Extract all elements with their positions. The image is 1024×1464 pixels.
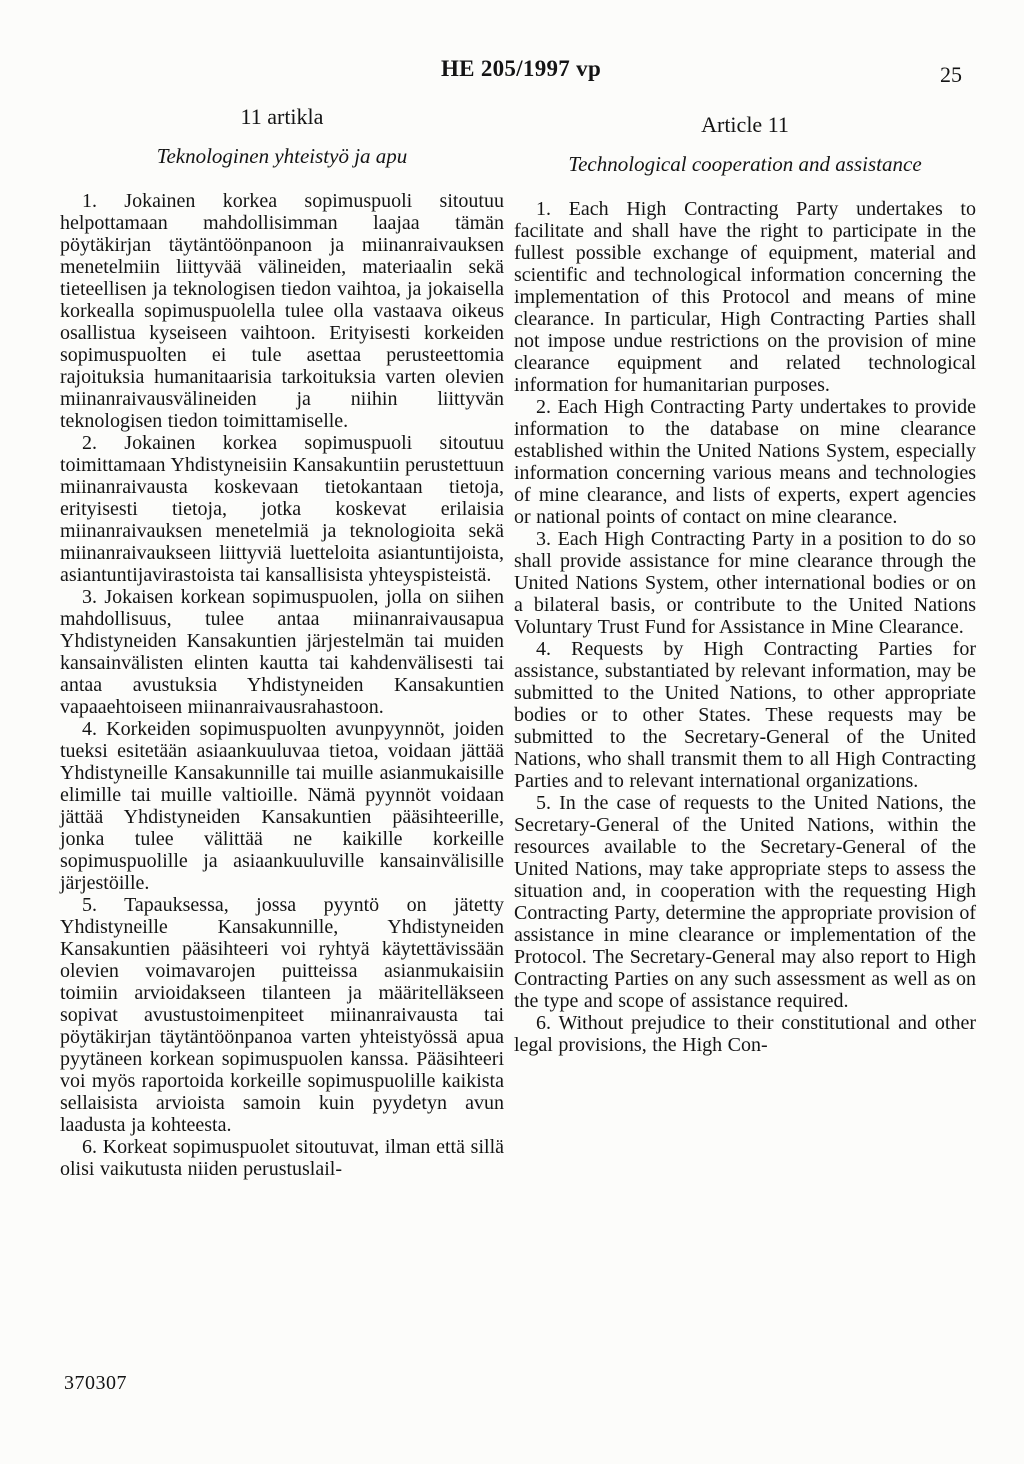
paragraph-fi-3: 3. Jokaisen korkean sopimuspuolen, jolla… <box>60 586 504 718</box>
paragraph-en-5: 5. In the case of requests to the United… <box>514 792 976 1012</box>
document-number: 370307 <box>64 1372 127 1395</box>
paragraph-en-4: 4. Requests by High Contracting Parties … <box>514 638 976 792</box>
page-number: 25 <box>940 62 962 88</box>
paragraph-fi-6: 6. Korkeat sopimuspuolet sitoutuvat, ilm… <box>60 1136 504 1180</box>
body-text-english: 1. Each High Contracting Party undertake… <box>514 198 976 1056</box>
paragraph-fi-4: 4. Korkeiden sopimuspuolten avunpyynnöt,… <box>60 718 504 894</box>
paragraph-fi-5: 5. Tapauksessa, jossa pyyntö on jätetty … <box>60 894 504 1136</box>
scanned-document-page: HE 205/1997 vp 25 11 artikla Teknologine… <box>0 0 1024 1464</box>
document-title: HE 205/1997 vp <box>441 56 601 81</box>
article-subtitle-finnish: Teknologinen yhteistyö ja apu <box>60 143 504 169</box>
article-heading-english: Article 11 <box>514 112 976 138</box>
paragraph-en-2: 2. Each High Contracting Party undertake… <box>514 396 976 528</box>
column-finnish: 11 artikla Teknologinen yhteistyö ja apu… <box>60 104 504 1180</box>
paragraph-en-3: 3. Each High Contracting Party in a posi… <box>514 528 976 638</box>
body-text-finnish: 1. Jokainen korkea sopimuspuoli sitoutuu… <box>60 190 504 1180</box>
paragraph-fi-2: 2. Jokainen korkea sopimuspuoli sitoutuu… <box>60 432 504 586</box>
article-subtitle-english: Technological cooperation and assistance <box>514 151 976 177</box>
column-english: Article 11 Technological cooperation and… <box>514 112 976 1056</box>
article-heading-finnish: 11 artikla <box>60 104 504 130</box>
document-header: HE 205/1997 vp <box>60 56 982 82</box>
paragraph-fi-1: 1. Jokainen korkea sopimuspuoli sitoutuu… <box>60 190 504 432</box>
paragraph-en-6: 6. Without prejudice to their constituti… <box>514 1012 976 1056</box>
paragraph-en-1: 1. Each High Contracting Party undertake… <box>514 198 976 396</box>
